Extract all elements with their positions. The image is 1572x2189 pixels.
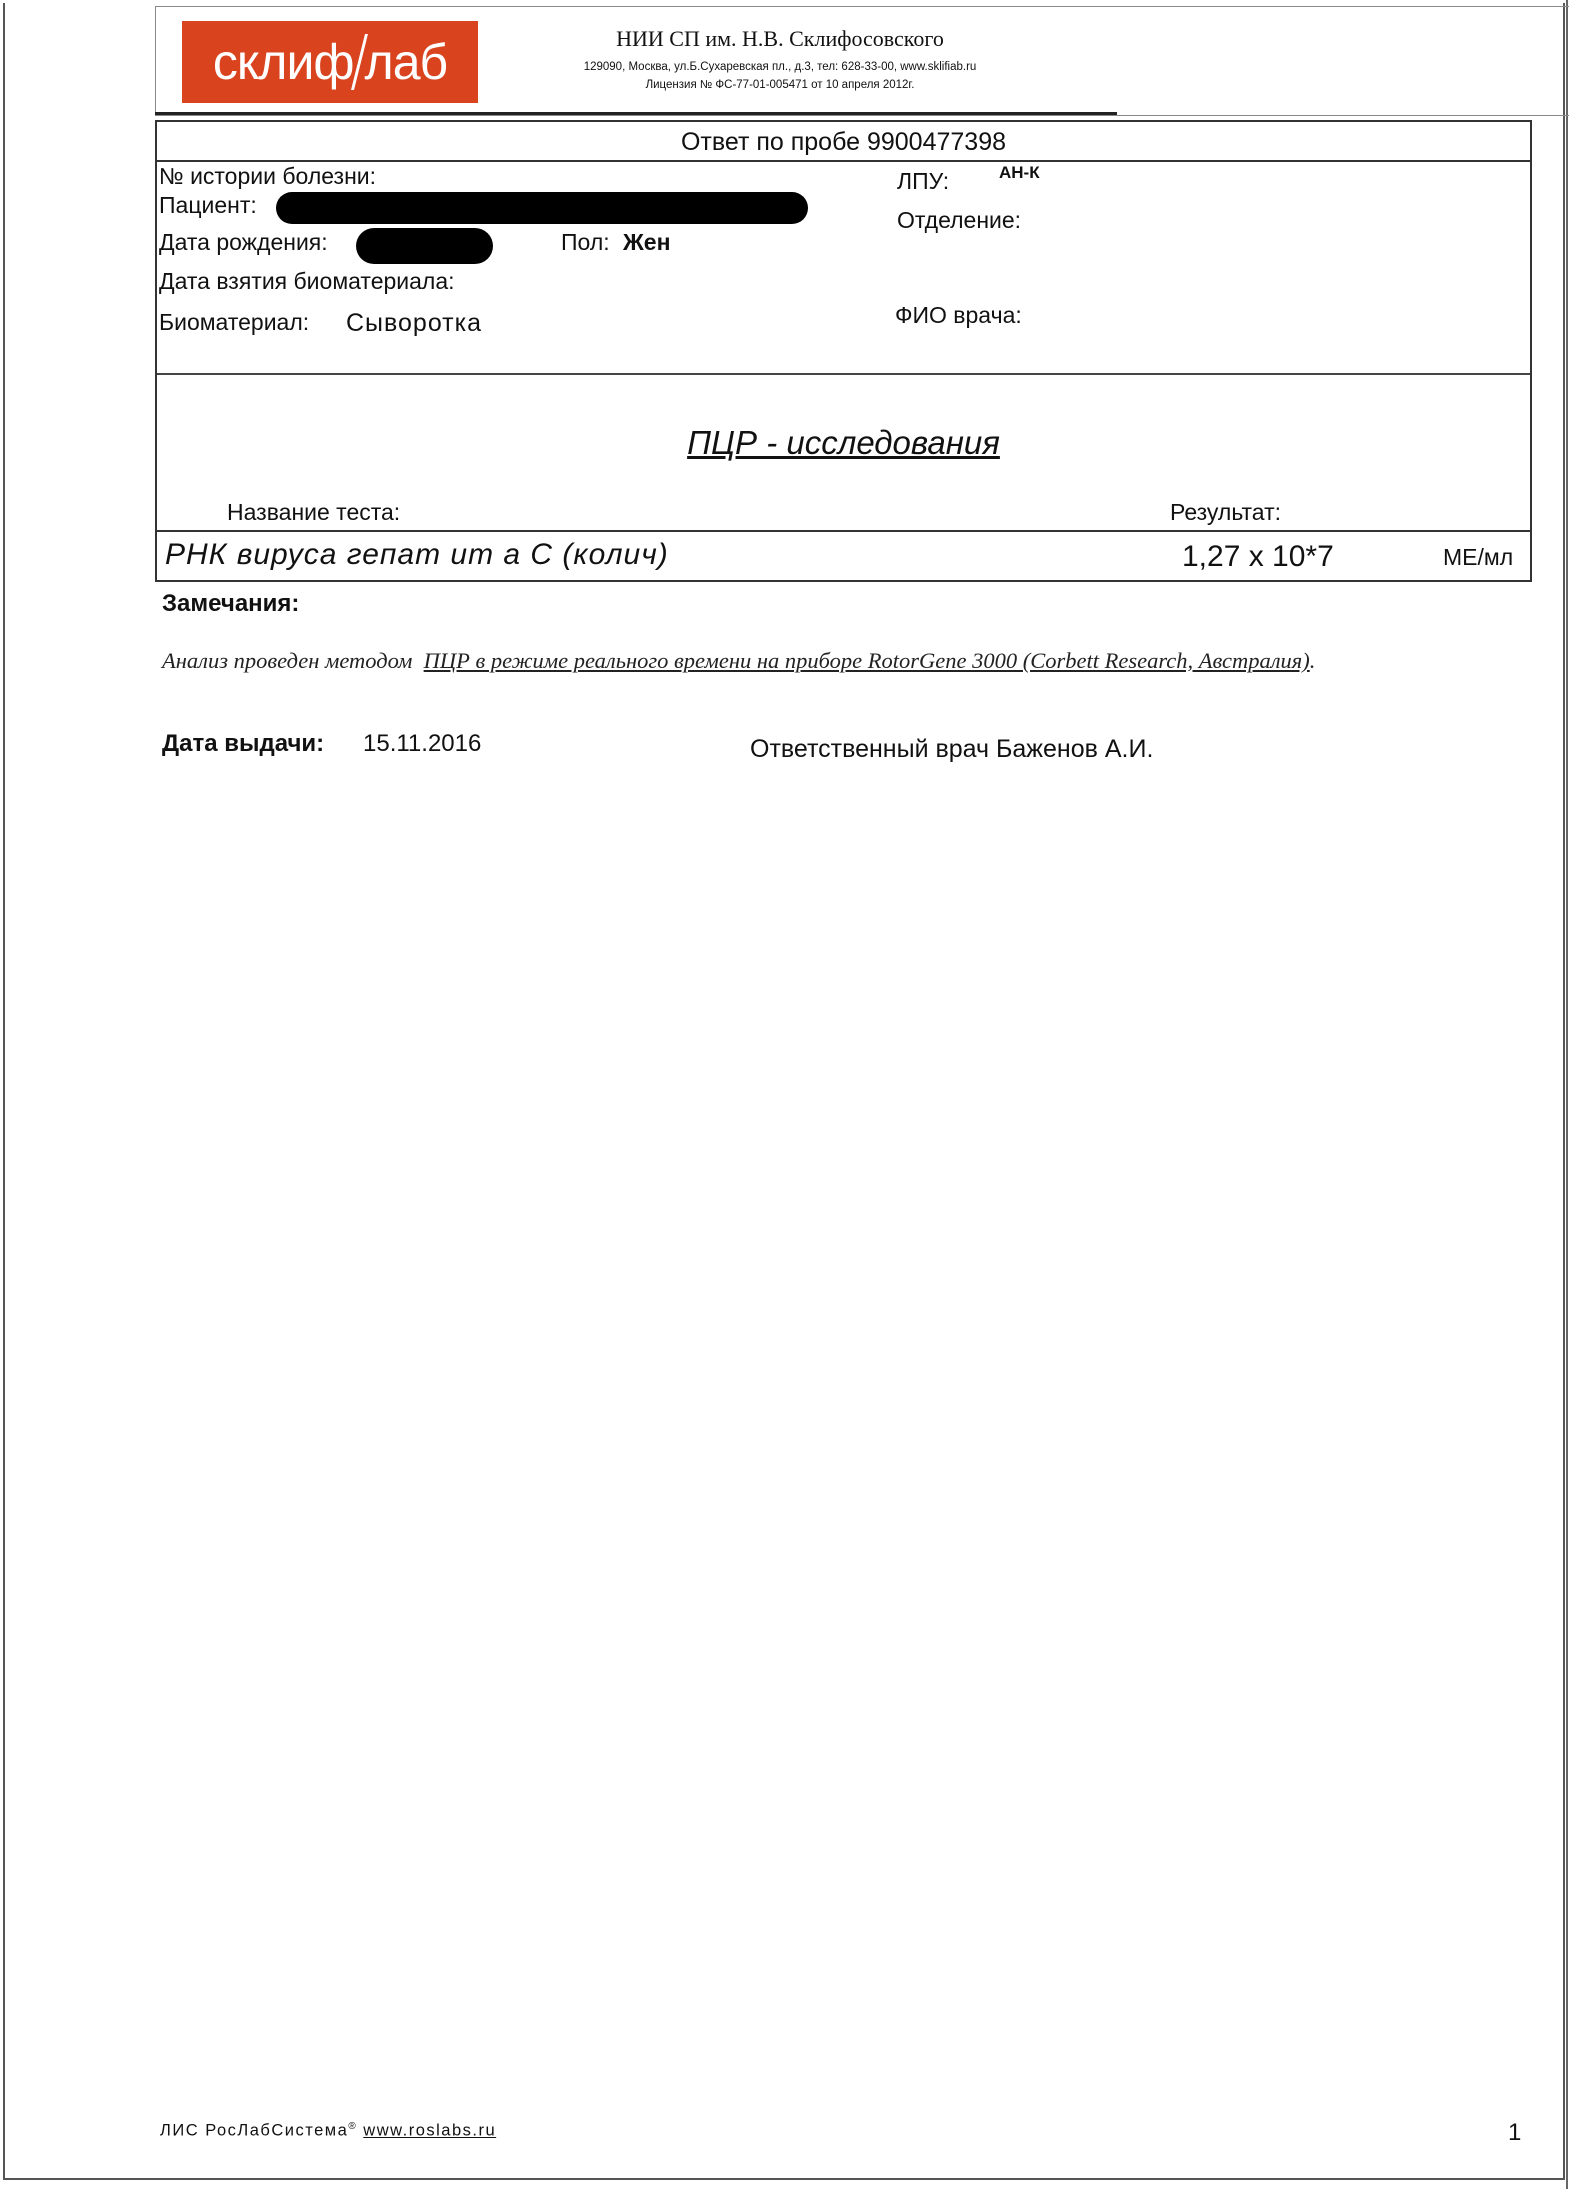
organization-address: 129090, Москва, ул.Б.Сухаревская пл., д.… <box>520 61 1040 73</box>
patient-label: Пациент: <box>159 192 257 219</box>
test-unit: МЕ/мл <box>1443 544 1513 571</box>
history-label: № истории болезни: <box>159 163 376 190</box>
doctor-label: ФИО врача: <box>895 302 1022 329</box>
letterhead-rule <box>155 112 1117 115</box>
registered-mark: ® <box>348 2121 357 2132</box>
issue-date-value: 15.11.2016 <box>363 730 481 758</box>
sklif-lab-logo: склифлаб <box>182 21 478 103</box>
birthdate-redacted <box>356 228 493 264</box>
page-edge <box>1566 0 1568 2189</box>
organization-name: НИИ СП им. Н.В. Склифосовского <box>520 26 1040 52</box>
result-divider <box>157 530 1530 532</box>
footer-lis: ЛИС РосЛабСистема® www.roslabs.ru <box>160 2121 496 2141</box>
lpu-label: ЛПУ: <box>897 168 949 195</box>
test-name: РНК вируса гепат ит а С (колич) <box>165 538 669 572</box>
method-note: Анализ проведен методом ПЦР в режиме реа… <box>162 648 1315 674</box>
roslabs-link[interactable]: www.roslabs.ru <box>363 2122 496 2140</box>
logo-text-right: лаб <box>365 34 448 90</box>
collection-date-label: Дата взятия биоматериала: <box>159 268 455 295</box>
sample-title: Ответ по пробе 9900477398 <box>157 122 1530 162</box>
info-divider <box>157 373 1530 375</box>
responsible-doctor: Ответственный врач Баженов А.И. <box>750 735 1153 764</box>
method-suffix: . <box>1310 648 1316 673</box>
pcr-section-title: ПЦР - исследования <box>157 424 1530 462</box>
lis-name: ЛИС РосЛабСистема <box>160 2122 348 2140</box>
lpu-value: АН-К <box>999 163 1040 183</box>
test-name-header: Название теста: <box>227 499 400 526</box>
sex-value: Жен <box>623 229 670 256</box>
department-label: Отделение: <box>897 207 1021 234</box>
organization-license: Лицензия № ФС-77-01-005471 от 10 апреля … <box>520 79 1040 91</box>
notes-label: Замечания: <box>162 590 299 618</box>
sex-label: Пол: <box>561 229 610 256</box>
birthdate-label: Дата рождения: <box>159 229 328 256</box>
biomaterial-value: Сыворотка <box>346 309 482 338</box>
test-result: 1,27 х 10*7 <box>1182 540 1334 574</box>
method-detail: ПЦР в режиме реального времени на прибор… <box>424 648 1310 673</box>
page-number: 1 <box>1508 2119 1521 2147</box>
issue-date-label: Дата выдачи: <box>162 730 324 758</box>
patient-name-redacted <box>276 192 808 224</box>
result-header: Результат: <box>1170 499 1281 526</box>
method-prefix: Анализ проведен методом <box>162 648 412 673</box>
logo-text-left: склиф <box>213 34 354 90</box>
biomaterial-label: Биоматериал: <box>159 309 309 336</box>
